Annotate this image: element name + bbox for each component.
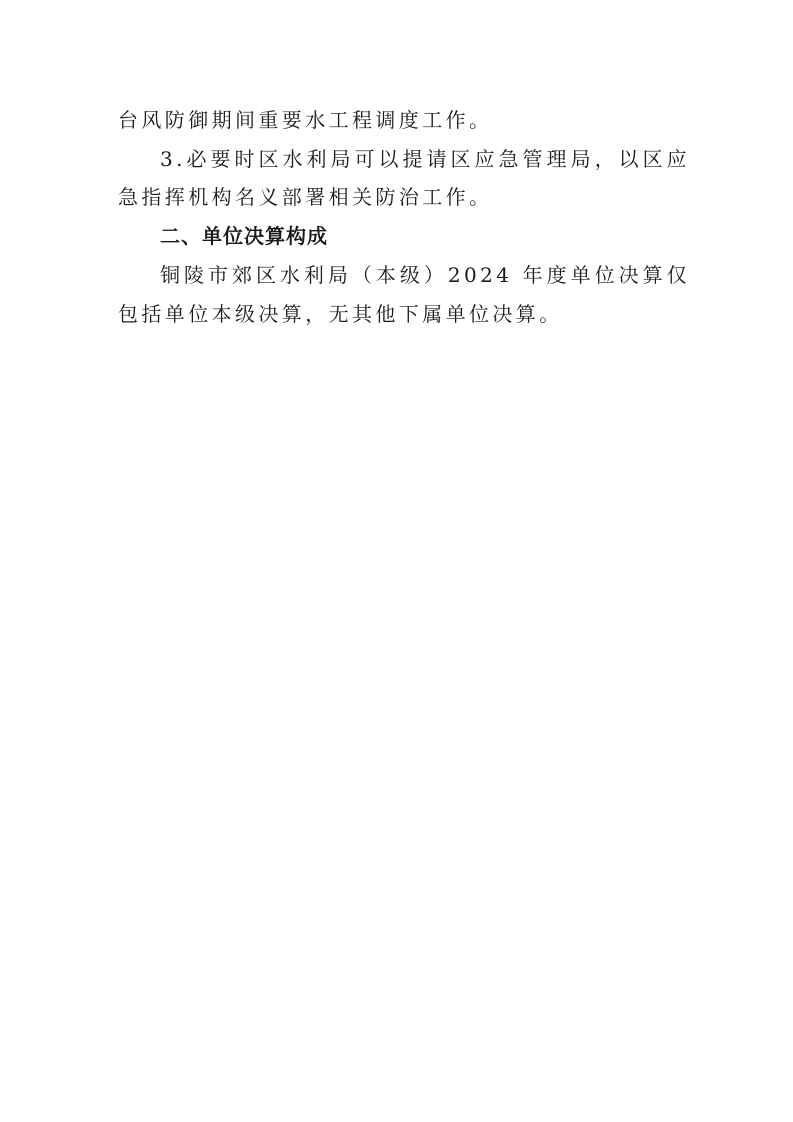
paragraph-continuation: 台风防御期间重要水工程调度工作。 — [118, 101, 690, 140]
document-page: 台风防御期间重要水工程调度工作。 3.必要时区水利局可以提请区应急管理局，以区应… — [0, 0, 793, 1122]
section-heading-unit-budget-composition: 二、单位决算构成 — [118, 217, 690, 256]
paragraph-list-item-3: 3.必要时区水利局可以提请区应急管理局，以区应急指挥机构名义部署相关防治工作。 — [118, 140, 690, 217]
paragraph-unit-budget-composition: 铜陵市郊区水利局（本级）2024 年度单位决算仅包括单位本级决算，无其他下属单位… — [118, 256, 690, 333]
document-body: 台风防御期间重要水工程调度工作。 3.必要时区水利局可以提请区应急管理局，以区应… — [118, 101, 690, 333]
